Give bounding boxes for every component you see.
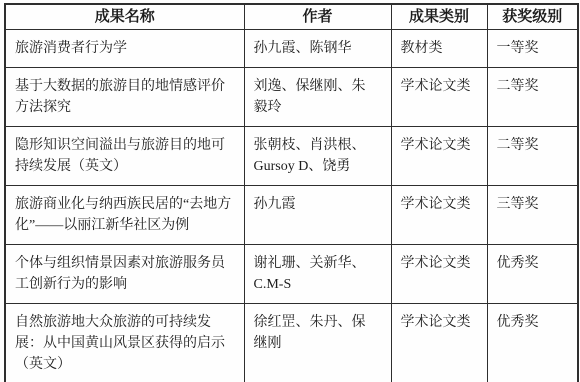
cell-name: 隐形知识空间溢出与旅游目的地可持续发展（英文） xyxy=(5,127,244,186)
cell-award: 三等奖 xyxy=(487,186,578,245)
cell-authors: 孙九霞 xyxy=(244,186,391,245)
cell-name: 基于大数据的旅游目的地情感评价方法探究 xyxy=(5,68,244,127)
table-body: 旅游消费者行为学 孙九霞、陈钢华 教材类 一等奖 基于大数据的旅游目的地情感评价… xyxy=(5,30,578,382)
cell-authors: 谢礼珊、关新华、C.M-S xyxy=(244,245,391,304)
table-row: 旅游商业化与纳西族民居的“去地方化”——以丽江新华社区为例 孙九霞 学术论文类 … xyxy=(5,186,578,245)
cell-authors: 徐红罡、朱丹、保继刚 xyxy=(244,304,391,382)
cell-category: 学术论文类 xyxy=(391,127,487,186)
table-row: 自然旅游地大众旅游的可持续发展：从中国黄山风景区获得的启示（英文） 徐红罡、朱丹… xyxy=(5,304,578,382)
cell-name: 旅游消费者行为学 xyxy=(5,30,244,68)
cell-category: 学术论文类 xyxy=(391,186,487,245)
cell-award: 二等奖 xyxy=(487,68,578,127)
header-authors: 作者 xyxy=(244,4,391,30)
cell-authors: 张朝枝、肖洪根、Gursoy D、饶勇 xyxy=(244,127,391,186)
cell-authors: 刘逸、保继刚、朱毅玲 xyxy=(244,68,391,127)
cell-award: 优秀奖 xyxy=(487,245,578,304)
header-category: 成果类别 xyxy=(391,4,487,30)
cell-award: 一等奖 xyxy=(487,30,578,68)
table-row: 个体与组织情景因素对旅游服务员工创新行为的影响 谢礼珊、关新华、C.M-S 学术… xyxy=(5,245,578,304)
header-award: 获奖级别 xyxy=(487,4,578,30)
cell-name: 自然旅游地大众旅游的可持续发展：从中国黄山风景区获得的启示（英文） xyxy=(5,304,244,382)
cell-authors: 孙九霞、陈钢华 xyxy=(244,30,391,68)
table-row: 隐形知识空间溢出与旅游目的地可持续发展（英文） 张朝枝、肖洪根、Gursoy D… xyxy=(5,127,578,186)
cell-award: 二等奖 xyxy=(487,127,578,186)
table-row: 基于大数据的旅游目的地情感评价方法探究 刘逸、保继刚、朱毅玲 学术论文类 二等奖 xyxy=(5,68,578,127)
cell-award: 优秀奖 xyxy=(487,304,578,382)
cell-name: 个体与组织情景因素对旅游服务员工创新行为的影响 xyxy=(5,245,244,304)
cell-category: 学术论文类 xyxy=(391,68,487,127)
cell-category: 教材类 xyxy=(391,30,487,68)
cell-category: 学术论文类 xyxy=(391,245,487,304)
table-header: 成果名称 作者 成果类别 获奖级别 xyxy=(5,4,578,30)
cell-category: 学术论文类 xyxy=(391,304,487,382)
table-row: 旅游消费者行为学 孙九霞、陈钢华 教材类 一等奖 xyxy=(5,30,578,68)
header-row: 成果名称 作者 成果类别 获奖级别 xyxy=(5,4,578,30)
cell-name: 旅游商业化与纳西族民居的“去地方化”——以丽江新华社区为例 xyxy=(5,186,244,245)
awards-table: 成果名称 作者 成果类别 获奖级别 旅游消费者行为学 孙九霞、陈钢华 教材类 一… xyxy=(4,3,579,382)
header-name: 成果名称 xyxy=(5,4,244,30)
